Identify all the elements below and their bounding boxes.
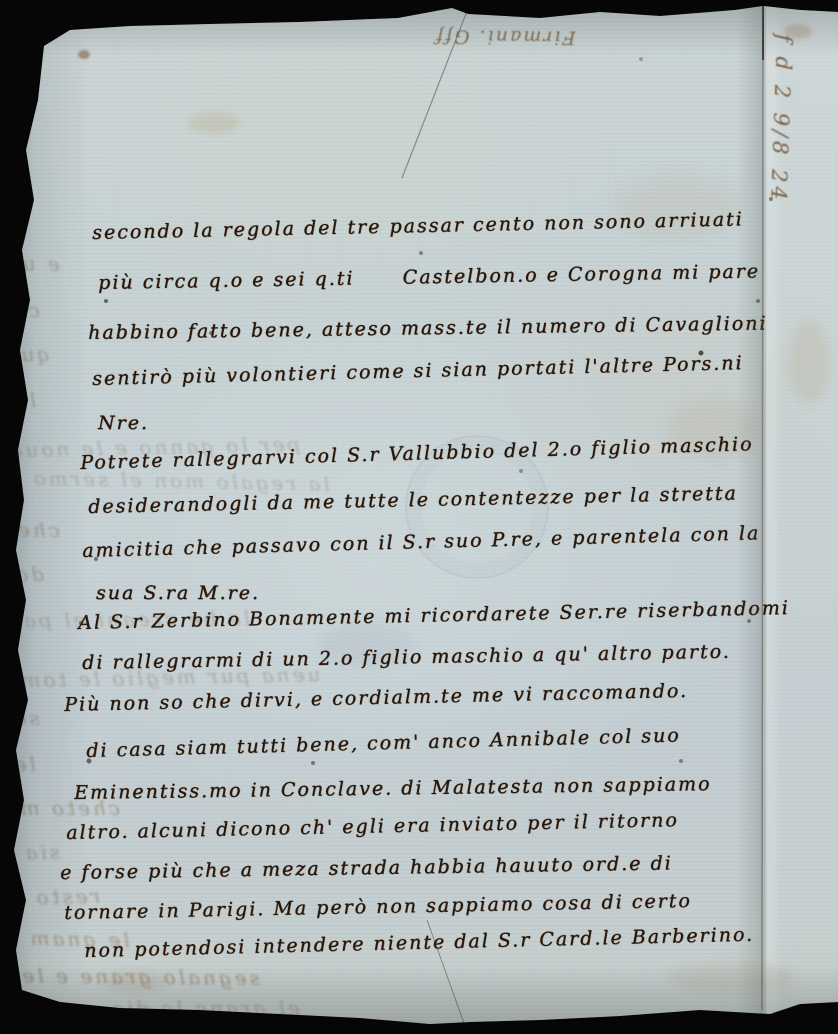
seam-shadow (736, 0, 763, 1034)
edge-shadow-top (0, 0, 838, 56)
bleedthrough-line: e lo (0, 859, 8, 884)
letter-page: e uoce che al sig re no le sarocon bora … (0, 0, 838, 1034)
bleedthrough-line: bd (0, 330, 4, 354)
bleedthrough-line: ew (0, 960, 6, 984)
edge-shadow-bottom (0, 964, 838, 1034)
bleedthrough-line: on l (0, 420, 9, 445)
bleedthrough-line: -ld (0, 720, 6, 744)
edge-shadow-left (0, 0, 90, 1034)
bleedthrough-line: bs (0, 790, 5, 815)
bleedthrough-line: d (0, 470, 2, 494)
bleedthrough-line: mo d (0, 559, 6, 584)
manuscript-scan: e uoce che al sig re no le sarocon bora … (0, 0, 838, 1034)
crease-overlay (0, 0, 838, 1034)
bleedthrough-line: se (0, 910, 4, 934)
dirt-specks (0, 0, 2, 2)
bleedthrough-line: mzb (0, 630, 2, 654)
